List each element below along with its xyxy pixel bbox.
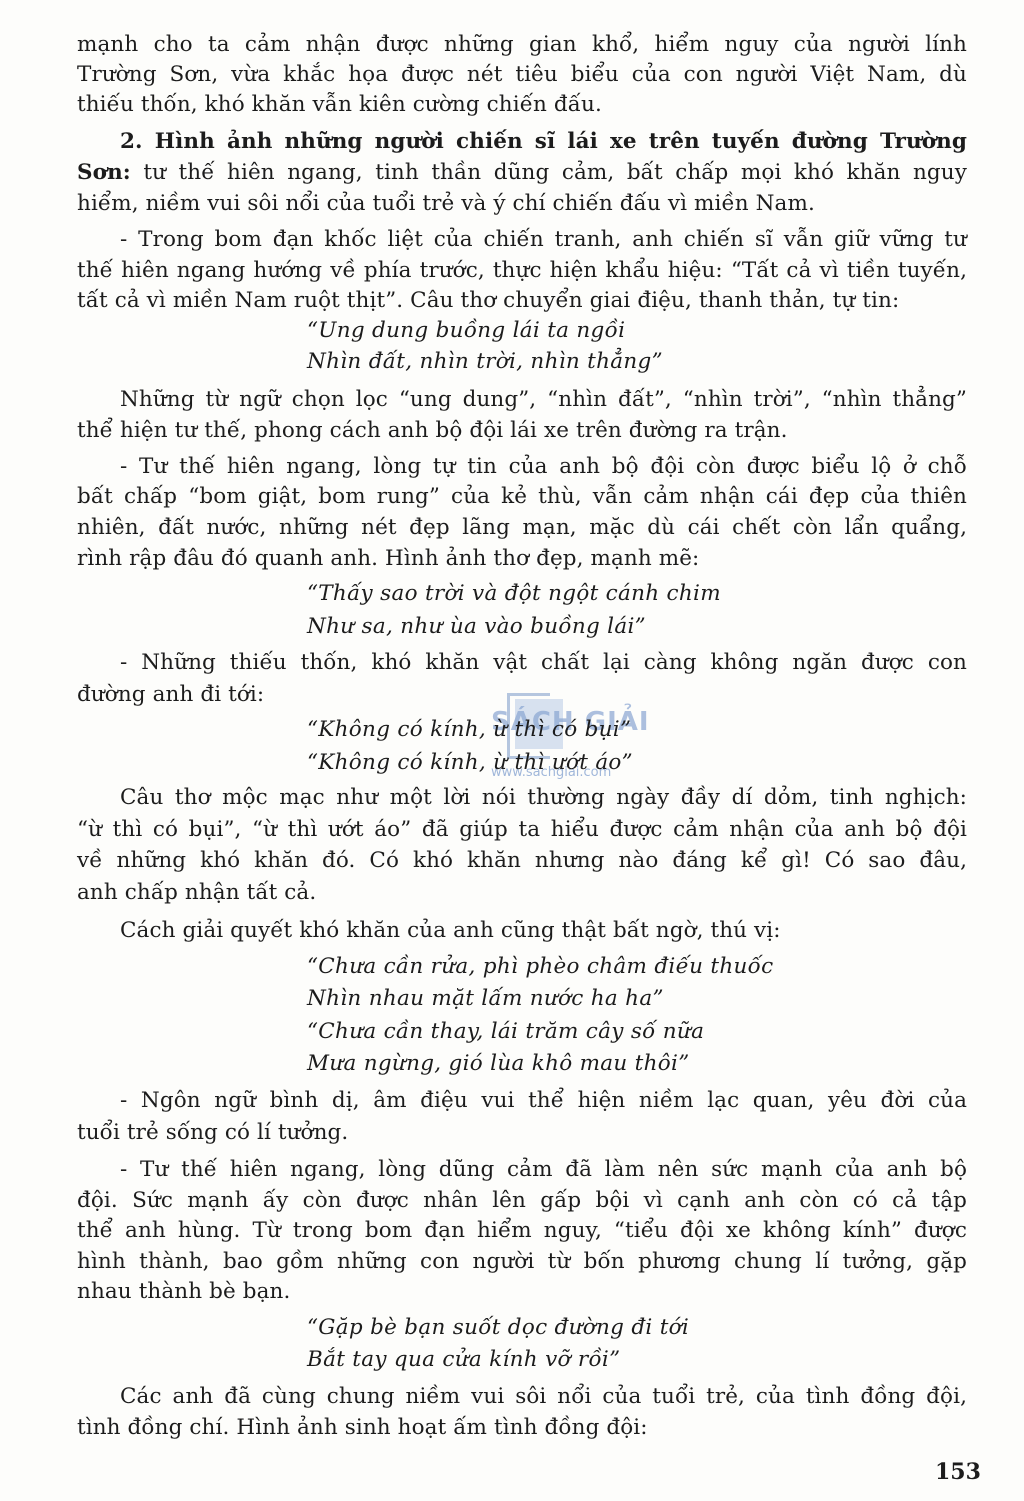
section-heading-cont: Sơn: tư thế hiên ngang, tinh thần dũng c… [77,159,967,187]
text-line: đội. Sức mạnh ấy còn được nhân lên gấp b… [77,1187,967,1215]
text-line: hiểm, niềm vui sôi nổi của tuổi trẻ và ý… [77,190,967,218]
poem-line: “Thấy sao trời và đột ngột cánh chim [307,580,721,608]
text-line: tất cả vì miền Nam ruột thịt”. Câu thơ c… [77,287,967,315]
poem-line: Nhìn đất, nhìn trời, nhìn thẳng” [307,348,663,376]
text-line: thế hiên ngang hướng về phía trước, thực… [77,257,967,285]
text-line: - Ngôn ngữ bình dị, âm điệu vui thể hiện… [120,1087,967,1115]
poem-line: “Gặp bè bạn suốt dọc đường đi tới [307,1314,689,1342]
text-line: Câu thơ mộc mạc như một lời nói thường n… [120,784,967,812]
book-page: mạnh cho ta cảm nhận được những gian khổ… [0,0,1024,1501]
text-line: mạnh cho ta cảm nhận được những gian khổ… [77,31,967,59]
poem-line: “Chưa cần thay, lái trăm cây số nữa [307,1018,704,1046]
poem-line: Như sa, như ùa vào buồng lái” [307,613,646,641]
text-line: anh chấp nhận tất cả. [77,879,967,907]
text-line: tình đồng chí. Hình ảnh sinh hoạt ấm tìn… [77,1414,967,1442]
text-line: - Trong bom đạn khốc liệt của chiến tran… [120,226,967,254]
text-line: thể hiện tư thế, phong cách anh bộ đội l… [77,417,967,445]
text-line: thiếu thốn, khó khăn vẫn kiên cường chiế… [77,91,967,119]
text-line: rình rập đâu đó quanh anh. Hình ảnh thơ … [77,545,967,573]
page-number: 153 [935,1458,981,1486]
text-line: - Tư thế hiên ngang, lòng tự tin của anh… [120,453,967,481]
text-line: - Tư thế hiên ngang, lòng dũng cảm đã là… [120,1156,967,1184]
poem-line: “Ung dung buồng lái ta ngồi [307,317,625,345]
heading-rest: tư thế hiên ngang, tinh thần dũng cảm, b… [131,160,967,185]
text-line: thể anh hùng. Từ trong bom đạn hiểm nguy… [77,1217,967,1245]
text-line: Trường Sơn, vừa khắc họa được nét tiêu b… [77,61,967,89]
text-line: Các anh đã cùng chung niềm vui sôi nổi c… [120,1383,967,1411]
text-line: tuổi trẻ sống có lí tưởng. [77,1119,967,1147]
heading-bold-part: Sơn: [77,160,131,185]
text-line: bất chấp “bom giật, bom rung” của kẻ thù… [77,483,967,511]
poem-line: Nhìn nhau mặt lấm nước ha ha” [307,985,664,1013]
text-line: đường anh đi tới: [77,681,967,709]
text-line: nhiên, đất nước, những nét đẹp lãng mạn,… [77,514,967,542]
text-line: “ừ thì có bụi”, “ừ thì ướt áo” đã giúp t… [77,816,967,844]
text-line: Những từ ngữ chọn lọc “ung dung”, “nhìn … [120,386,967,414]
text-line: về những khó khăn đó. Có khó khăn nhưng … [77,847,967,875]
text-line: nhau thành bè bạn. [77,1278,967,1306]
section-heading: 2. Hình ảnh những người chiến sĩ lái xe … [120,128,967,156]
poem-line: “Không có kính, ừ thì có bụi” [307,716,631,744]
poem-line: “Không có kính, ừ thì ướt áo” [307,749,633,777]
text-line: Cách giải quyết khó khăn của anh cũng th… [120,917,967,945]
text-line: hình thành, bao gồm những con người từ b… [77,1248,967,1276]
poem-line: Bắt tay qua cửa kính vỡ rồi” [307,1346,620,1374]
poem-line: Mưa ngừng, gió lùa khô mau thôi” [307,1050,689,1078]
text-line: - Những thiếu thốn, khó khăn vật chất lạ… [120,649,967,677]
poem-line: “Chưa cần rửa, phì phèo châm điếu thuốc [307,953,773,981]
